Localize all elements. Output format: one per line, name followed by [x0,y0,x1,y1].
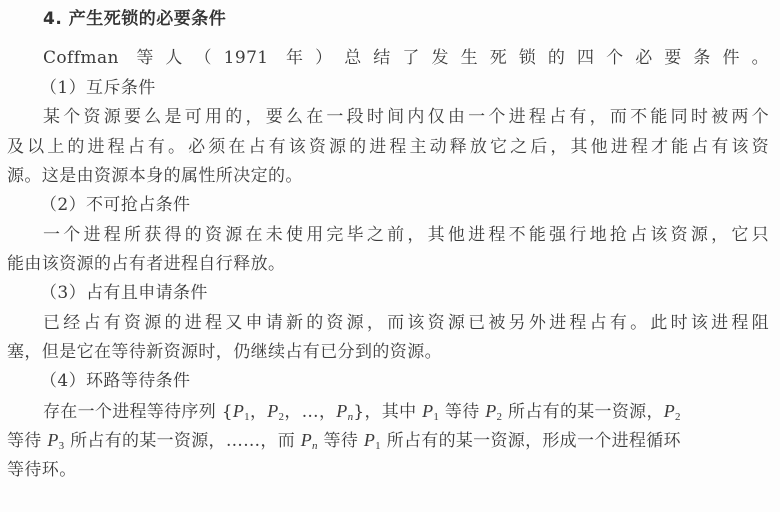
math-var: P1 [422,401,439,421]
text-fragment: 等待 [7,431,47,451]
paragraph-line-math: 等待 P3 所占有的某一资源，……，而 Pn 等待 P1 所占有的某一资源，形成… [7,429,681,451]
text-fragment: 存在一个进程等待序列 { [43,402,233,422]
math-var: P3 [47,430,64,450]
paragraph-line: 一个进程所获得的资源在未使用完毕之前，其他进程不能强行地抢占该资源，它只 [43,224,769,246]
condition-heading-4: （4）环路等待条件 [40,370,190,392]
math-var: P2 [485,401,502,421]
paragraph-line: 能由该资源的占有者进程自行释放。 [7,253,285,275]
paragraph-line: 等待环。 [7,459,77,481]
text-fragment: ， [250,402,267,422]
intro-paragraph: Coffman 等人（1971 年）总结了发生死锁的四个必要条件。 [43,47,769,69]
text-fragment: 等待 [318,431,364,451]
math-var: P1 [233,401,250,421]
math-var: Pn [301,430,318,450]
paragraph-line: 及以上的进程占有。必须在占有该资源的进程主动释放它之后，其他进程才能占有该资 [7,136,769,158]
math-var: Pn [336,401,353,421]
text-fragment: 所占有的某一资源，形成一个进程循环 [381,431,681,451]
paragraph-line: 源。这是由资源本身的属性所决定的。 [7,165,303,187]
paragraph-line: 某个资源要么是可用的，要么在一段时间内仅由一个进程占有，而不能同时被两个 [43,106,769,128]
math-var: P2 [664,401,681,421]
condition-heading-3: （3）占有且申请条件 [40,282,208,304]
math-var: P2 [267,401,284,421]
paragraph-line: 已经占有资源的进程又申请新的资源，而该资源已被另外进程占有。此时该进程阻 [43,312,769,334]
math-var: P1 [364,430,381,450]
paragraph-line-math: 存在一个进程等待序列 {P1，P2，…，Pn}，其中 P1 等待 P2 所占有的… [43,400,681,422]
text-fragment: ，…， [284,402,336,422]
text-fragment: }，其中 [353,402,422,422]
text-fragment: 等待 [439,402,485,422]
text-fragment: 所占有的某一资源， [502,402,663,422]
paragraph-line: 塞，但是它在等待新资源时，仍继续占有已分到的资源。 [7,341,442,363]
condition-heading-2: （2）不可抢占条件 [40,194,190,216]
text-fragment: 所占有的某一资源，……，而 [64,431,300,451]
condition-heading-1: （1）互斥条件 [40,77,156,99]
section-title: 4. 产生死锁的必要条件 [43,4,226,29]
document-page: 4. 产生死锁的必要条件 Coffman 等人（1971 年）总结了发生死锁的四… [0,0,780,512]
